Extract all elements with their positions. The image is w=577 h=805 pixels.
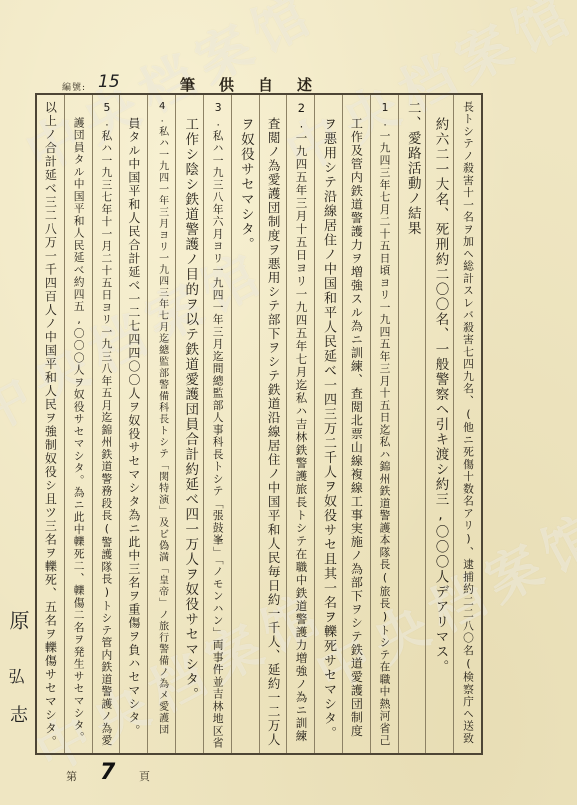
text-column: 約六二一大名、死刑約二〇〇名、一般警察ヘ引キ渡シ約三,〇〇〇人デアリマス。: [425, 95, 453, 753]
document-title: 筆供自述: [180, 74, 336, 95]
text-column: 1.一九四三年七月二十五日頃ヨリ一九四五年三月十五日迄私ハ錦州鉄道警護本隊長(旅…: [370, 95, 398, 753]
column-text: 査閲ノ為愛護団制度ヲ悪用シテ部下ヲシテ鉄道沿線居住ノ中国平和人民毎日約一千人、延…: [267, 117, 280, 747]
text-column: 以上ノ合計延べ三二八万一千四百人ノ中国平和人民ヲ強制奴役シ且ツ三名ヲ轢死、五名ヲ…: [37, 95, 64, 753]
column-text: 以上ノ合計延べ三二八万一千四百人ノ中国平和人民ヲ強制奴役シ且ツ三名ヲ轢死、五名ヲ…: [44, 101, 56, 749]
manuscript-grid: 長トシテノ殺害十一名ヲ加ヘ総計スレバ殺害七四九名、(他ニ死傷十数名アリ)、逮捕約…: [35, 93, 483, 755]
column-text: 護団員タル中国平和人民延べ約四五,〇〇〇人ヲ奴役サセマシタ。為ニ此中轢死二、轢傷…: [73, 117, 84, 744]
text-column: 5.私ハ一九三七年十一月二十五日ヨリ一九三八年五月迄錦州鉄道警務段長(警護隊長)…: [92, 95, 120, 753]
column-text: ヲ奴役サセマシタ。: [238, 117, 252, 252]
column-text: 工作シ陰シ鉄道警護ノ目的ヲ以テ鉄道愛護団員合計約延べ四一万人ヲ奴役サセマシタ。: [183, 117, 197, 702]
page-prefix: 第: [66, 768, 77, 784]
column-text: ヲ悪用シテ沿線居住ノ中国和平人民延べ一四三万二千人ヲ奴役サセ且其一名ヲ轢死サセマ…: [322, 117, 335, 741]
text-column: 員タル中国平和人民合計延べ一二七四四〇〇人ヲ奴役サセマシタ為ニ此中三名ヲ重傷ヲ負…: [119, 95, 147, 753]
text-column: ヲ奴役サセマシタ。: [231, 95, 259, 753]
signature-char: 志: [4, 705, 30, 723]
text-column: 3.私ハ一九三八年六月ヨリ一九四一年三月迄間總監部人事科長トシテ「張鼓峯」「ノモ…: [203, 95, 231, 753]
text-column: 4.私ハ一九四一年三月ヨリ一九四三年七月迄總監部警備科長トシテ「関特演」及ビ偽満…: [147, 95, 175, 753]
text-column: 工作シ陰シ鉄道警護ノ目的ヲ以テ鉄道愛護団員合計約延べ四一万人ヲ奴役サセマシタ。: [175, 95, 203, 753]
text-column: 査閲ノ為愛護団制度ヲ悪用シテ部下ヲシテ鉄道沿線居住ノ中国平和人民毎日約一千人、延…: [259, 95, 287, 753]
column-text: 工作及管内鉄道警護力ヲ増強スル為ニ訓練、査閲北票山線複線工事実施ノ為部下ヲシテ鉄…: [350, 117, 362, 738]
document-header: 編號: 15 筆供自述: [0, 70, 577, 92]
column-text: 3.私ハ一九三八年六月ヨリ一九四一年三月迄間總監部人事科長トシテ「張鼓峯」「ノモ…: [212, 101, 223, 749]
text-column: 二、愛路活動ノ結果: [398, 95, 426, 753]
text-column: 2.一九四五年三月十五日ヨリ一九四五年七月迄私ハ吉林鉄警護旅長トシテ在職中鉄道警…: [286, 95, 314, 753]
signature-char: 弘: [4, 668, 27, 684]
column-text: 1.一九四三年七月二十五日頃ヨリ一九四五年三月十五日迄私ハ錦州鉄道警護本隊長(旅…: [379, 101, 390, 747]
text-column: 長トシテノ殺害十一名ヲ加ヘ総計スレバ殺害七四九名、(他ニ死傷十数名アリ)、逮捕約…: [453, 95, 481, 753]
page-suffix: 頁: [139, 768, 150, 784]
column-text: 2.一九四五年三月十五日ヨリ一九四五年七月迄私ハ吉林鉄警護旅長トシテ在職中鉄道警…: [295, 101, 307, 743]
page-number: 7: [100, 760, 115, 785]
text-column: ヲ悪用シテ沿線居住ノ中国和平人民延べ一四三万二千人ヲ奴役サセ且其一名ヲ轢死サセマ…: [314, 95, 342, 753]
page-footer: 第 7 頁: [0, 760, 577, 790]
column-text: 4.私ハ一九四一年三月ヨリ一九四三年七月迄總監部警備科長トシテ「関特演」及ビ偽満…: [157, 101, 167, 736]
file-number: 15: [98, 72, 120, 92]
column-text: 5.私ハ一九三七年十一月二十五日ヨリ一九三八年五月迄錦州鉄道警務段長(警護隊長)…: [101, 101, 112, 747]
file-number-label: 編號:: [62, 80, 86, 93]
signature-char: 原: [4, 610, 33, 630]
column-text: 員タル中国平和人民合計延べ一二七四四〇〇人ヲ奴役サセマシタ為ニ此中三名ヲ重傷ヲ負…: [128, 117, 140, 738]
text-column: 護団員タル中国平和人民延べ約四五,〇〇〇人ヲ奴役サセマシタ。為ニ此中轢死二、轢傷…: [64, 95, 92, 753]
column-text: 二、愛路活動ノ結果: [405, 101, 419, 236]
text-column: 工作及管内鉄道警護力ヲ増強スル為ニ訓練、査閲北票山線複線工事実施ノ為部下ヲシテ鉄…: [342, 95, 370, 753]
column-text: 長トシテノ殺害十一名ヲ加ヘ総計スレバ殺害七四九名、(他ニ死傷十数名アリ)、逮捕約…: [462, 101, 473, 745]
column-text: 約六二一大名、死刑約二〇〇名、一般警察ヘ引キ渡シ約三,〇〇〇人デアリマス。: [433, 117, 447, 675]
